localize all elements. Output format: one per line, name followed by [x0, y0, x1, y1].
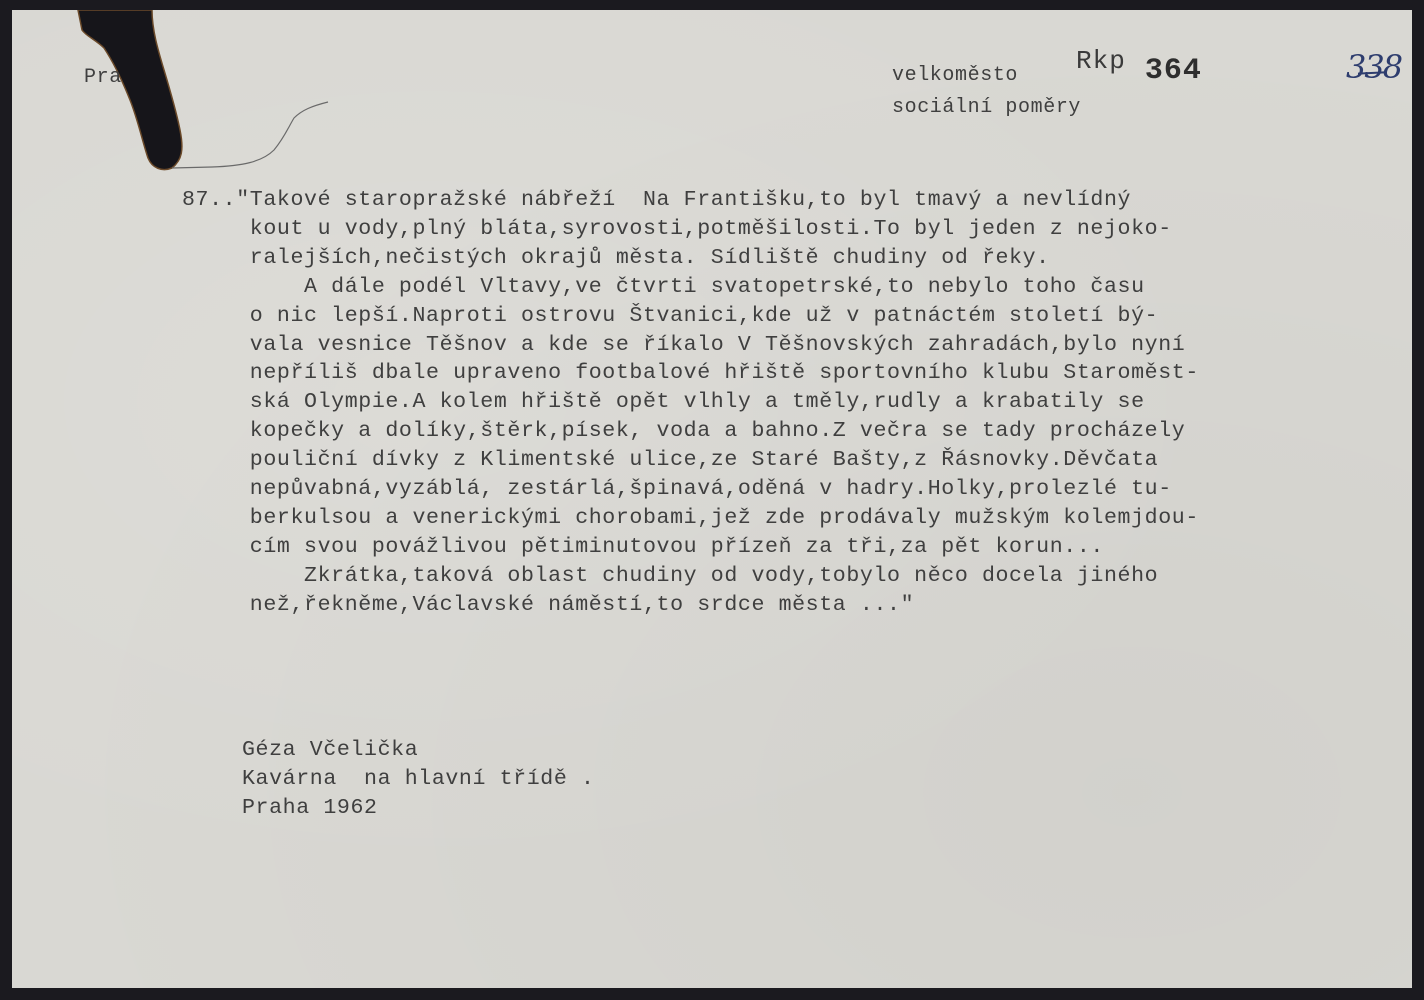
text-line: pouliční dívky z Klimentské ulice,ze Sta…	[182, 446, 1199, 475]
signature-block: Géza Včelička Kavárna na hlavní třídě . …	[242, 736, 595, 823]
text-line: než,řekněme,Václavské náměstí,to srdce m…	[182, 591, 1199, 620]
text-line: cím svou povážlivou pětiminutovou přízeň…	[182, 533, 1199, 562]
shelfmark: Rkp 364	[1076, 54, 1202, 88]
keyword-2: sociální poměry	[892, 96, 1081, 119]
text-line: kout u vody,plný bláta,syrovosti,potměši…	[182, 215, 1199, 244]
text-line: ská Olympie.A kolem hřiště opět vlhly a …	[182, 388, 1199, 417]
text-line: 87.."Takové staropražské nábřeží Na Fran…	[182, 186, 1199, 215]
paper-crease	[12, 10, 412, 210]
text-line: vala vesnice Těšnov a kde se říkalo V Tě…	[182, 331, 1199, 360]
typewritten-archival-page: Pra velkoměsto sociální poměry Rkp 364 3…	[12, 10, 1412, 988]
text-line: nepříliš dbale upraveno footbalové hřišt…	[182, 359, 1199, 388]
author-name: Géza Včelička	[242, 736, 595, 765]
place-fragment: Pra	[84, 66, 122, 89]
keyword-1: velkoměsto	[892, 64, 1018, 87]
shelfmark-prefix: Rkp	[1076, 46, 1126, 76]
entry-text: 87.."Takové staropražské nábřeží Na Fran…	[182, 186, 1199, 620]
text-line: kopečky a dolíky,štěrk,písek, voda a bah…	[182, 417, 1199, 446]
text-line: Zkrátka,taková oblast chudiny od vody,to…	[182, 562, 1199, 591]
text-line: nepůvabná,vyzáblá, zestárlá,špinavá,oděn…	[182, 475, 1199, 504]
folio-number: 338	[1346, 48, 1401, 86]
text-line: berkulsou a venerickými chorobami,jež zd…	[182, 504, 1199, 533]
text-line: A dále podél Vltavy,ve čtvrti svatopetrs…	[182, 273, 1199, 302]
source-place-year: Praha 1962	[242, 794, 595, 823]
text-line: o nic lepší.Naproti ostrovu Štvanici,kde…	[182, 302, 1199, 331]
source-title: Kavárna na hlavní třídě .	[242, 765, 595, 794]
text-line: ralejších,nečistých okrajů města. Sídliš…	[182, 244, 1199, 273]
shelfmark-number: 364	[1145, 54, 1202, 88]
